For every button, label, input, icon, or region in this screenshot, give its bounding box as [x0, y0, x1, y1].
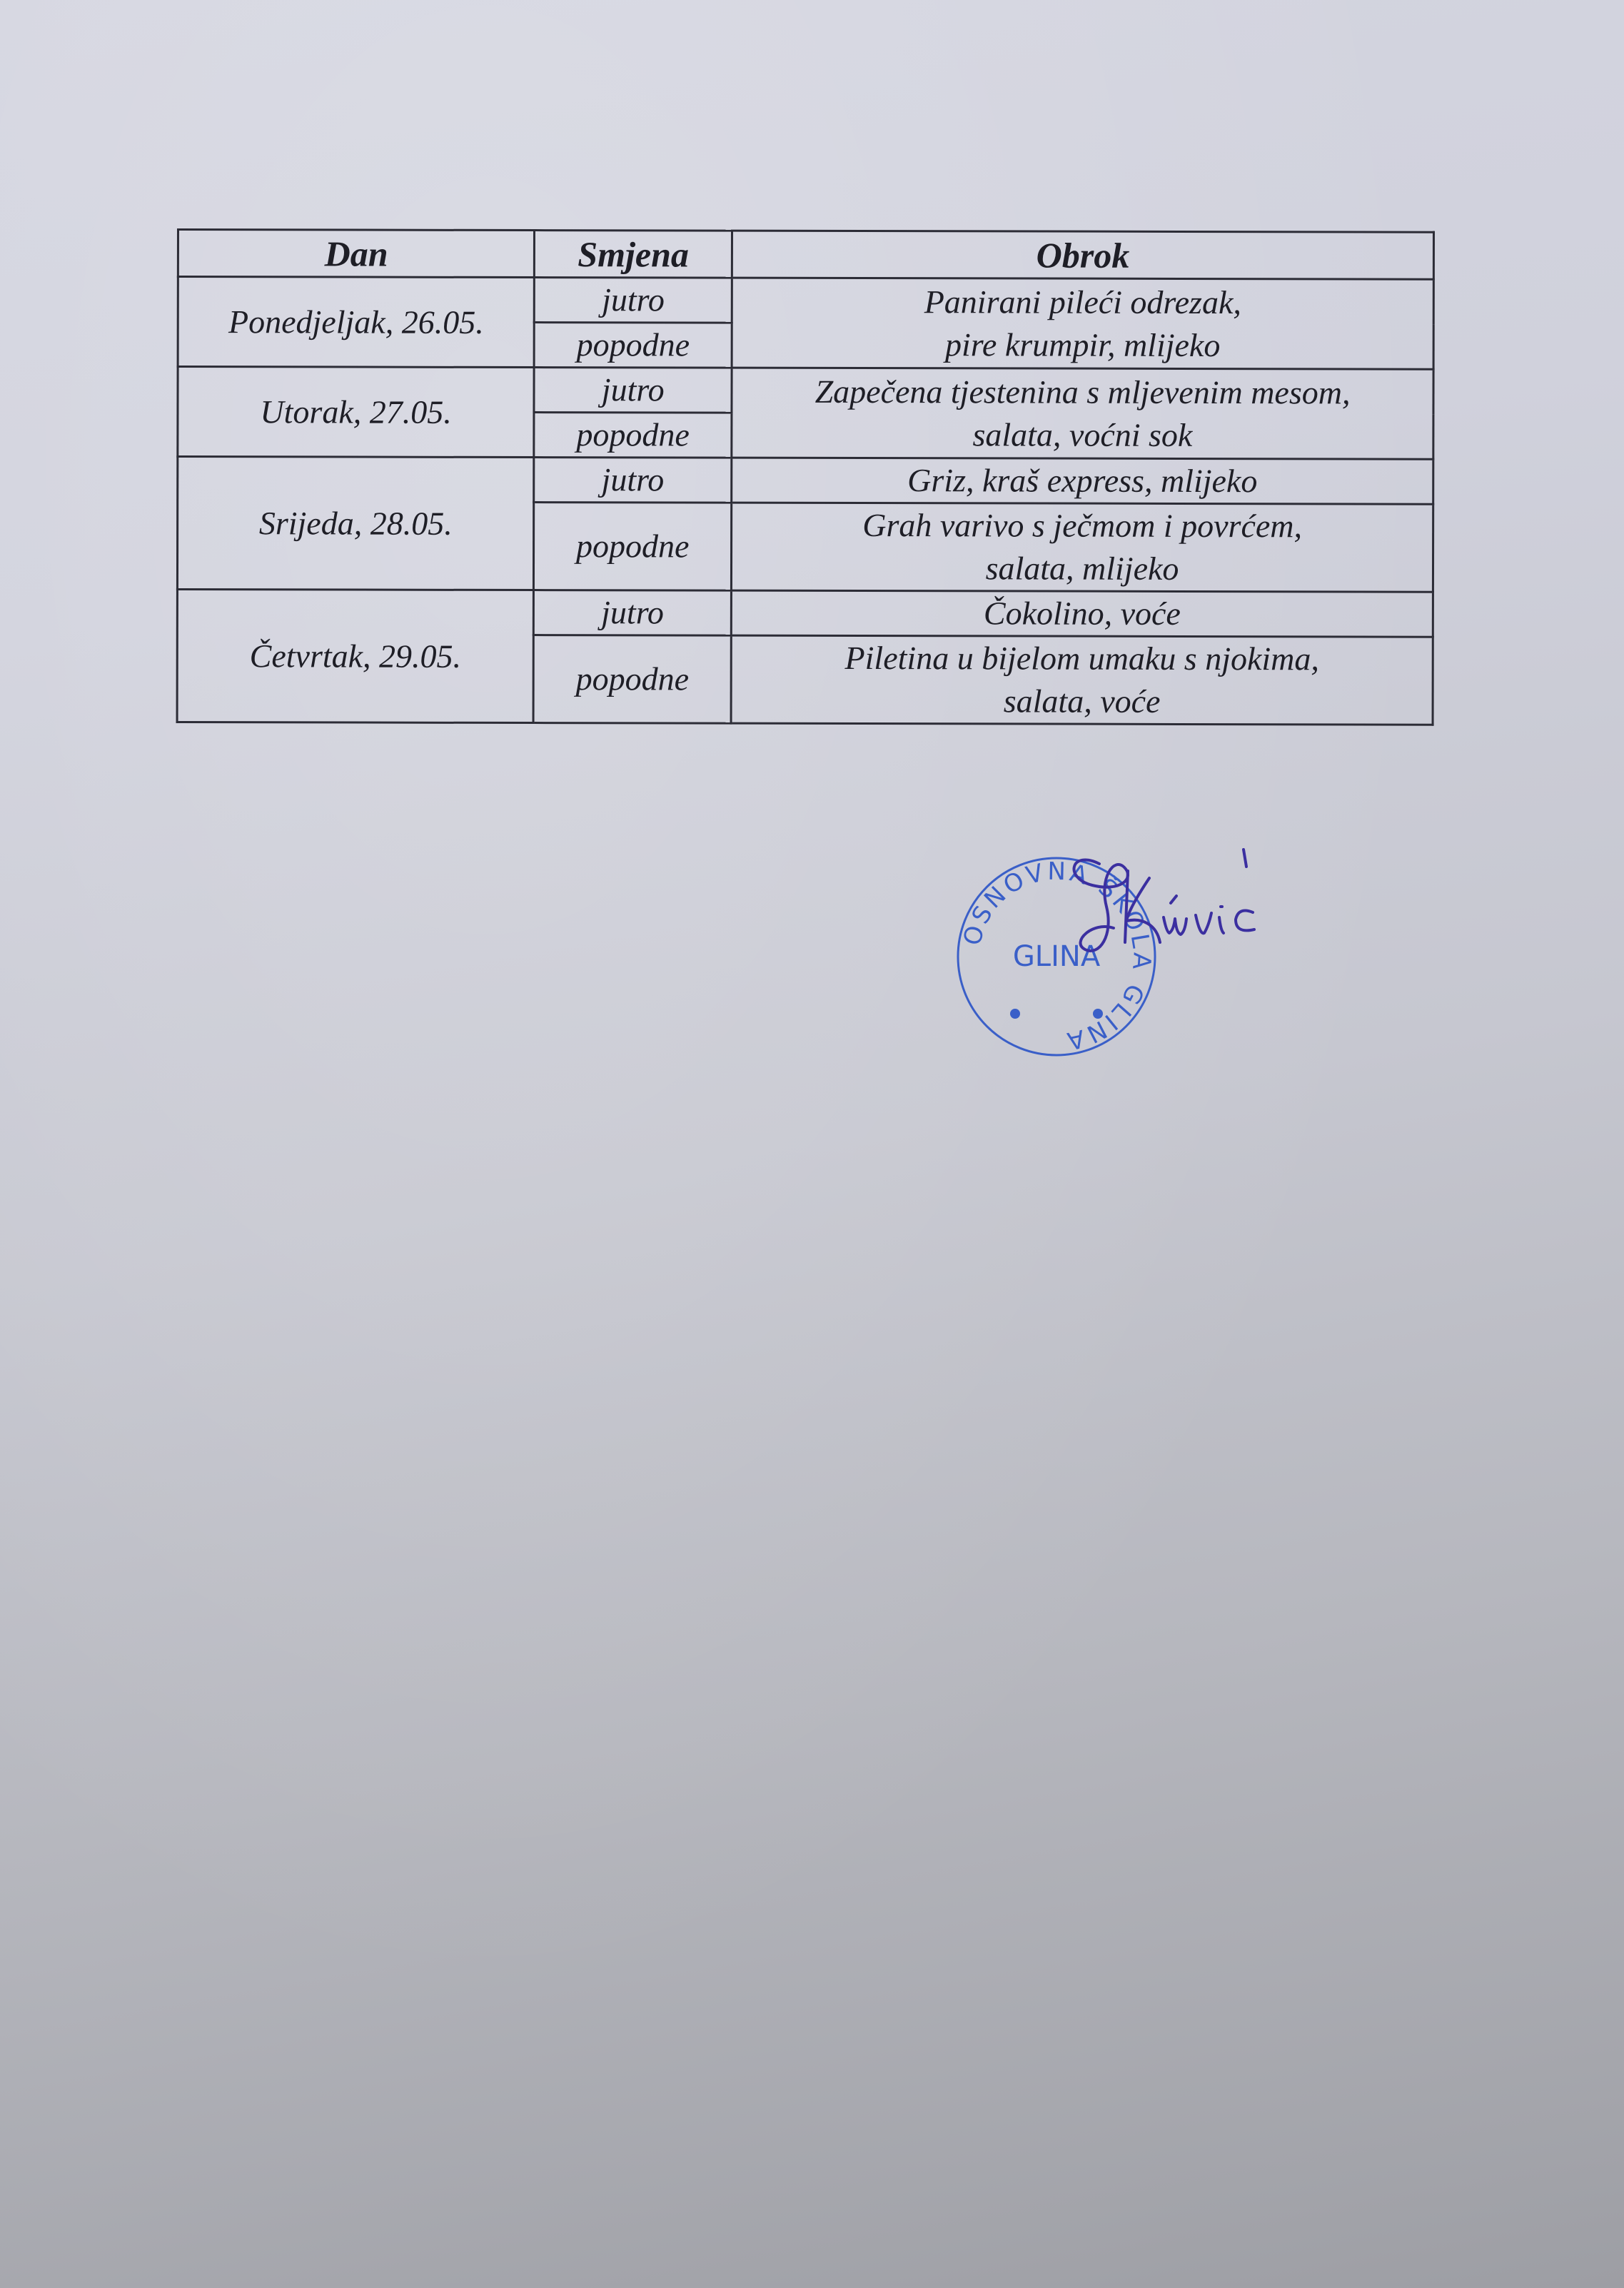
header-shift: Smjena — [535, 231, 732, 278]
day-cell: Ponedjeljak, 26.05. — [178, 277, 535, 368]
meal-line: Panirani pileći odrezak, — [739, 280, 1427, 324]
meal-line: salata, mlijeko — [738, 547, 1426, 591]
meal-line: Griz, kraš express, mlijeko — [738, 459, 1426, 503]
table-header-row: Dan Smjena Obrok — [178, 230, 1433, 280]
table-row: Četvrtak, 29.05. jutro Čokolino, voće — [177, 590, 1433, 637]
table-row: Srijeda, 28.05. jutro Griz, kraš express… — [178, 457, 1433, 505]
header-meal: Obrok — [732, 231, 1433, 279]
shift-cell: jutro — [534, 368, 732, 413]
shift-cell: popodne — [534, 323, 732, 368]
shift-cell: popodne — [533, 635, 731, 724]
meal-cell: Grah varivo s ječmom i povrćem, salata, … — [732, 503, 1433, 592]
shift-cell: jutro — [534, 458, 732, 503]
shift-cell: jutro — [534, 590, 732, 636]
signature-icon — [1056, 835, 1285, 985]
table-row: Utorak, 27.05. jutro Zapečena tjestenina… — [178, 367, 1433, 415]
meal-cell: Piletina u bijelom umaku s njokima, sala… — [731, 635, 1433, 725]
shift-cell: popodne — [534, 503, 732, 591]
meal-line: Piletina u bijelom umaku s njokima, — [738, 637, 1426, 681]
meal-line: salata, voće — [738, 680, 1426, 724]
shift-cell: popodne — [534, 413, 732, 458]
meal-schedule-table: Dan Smjena Obrok Ponedjeljak, 26.05. jut… — [176, 228, 1435, 726]
meal-line: pire krumpir, mlijeko — [739, 323, 1427, 367]
meal-cell: Čokolino, voće — [731, 590, 1433, 637]
day-cell: Srijeda, 28.05. — [177, 457, 534, 590]
header-day: Dan — [178, 230, 534, 278]
stamp-dot — [1093, 1009, 1103, 1019]
meal-cell: Panirani pileći odrezak, pire krumpir, m… — [732, 278, 1433, 369]
stamp-dot — [1010, 1009, 1020, 1019]
meal-line: Čokolino, voće — [738, 592, 1426, 636]
meal-cell: Zapečena tjestenina s mljevenim mesom, s… — [732, 368, 1433, 459]
table-row: Ponedjeljak, 26.05. jutro Panirani pileć… — [178, 277, 1433, 325]
day-cell: Utorak, 27.05. — [178, 367, 535, 458]
meal-line: Grah varivo s ječmom i povrćem, — [738, 504, 1426, 548]
shift-cell: jutro — [535, 278, 732, 323]
meal-cell: Griz, kraš express, mlijeko — [732, 458, 1433, 504]
day-cell: Četvrtak, 29.05. — [177, 590, 534, 723]
meal-line: salata, voćni sok — [738, 413, 1426, 457]
meal-line: Zapečena tjestenina s mljevenim mesom, — [739, 370, 1427, 414]
